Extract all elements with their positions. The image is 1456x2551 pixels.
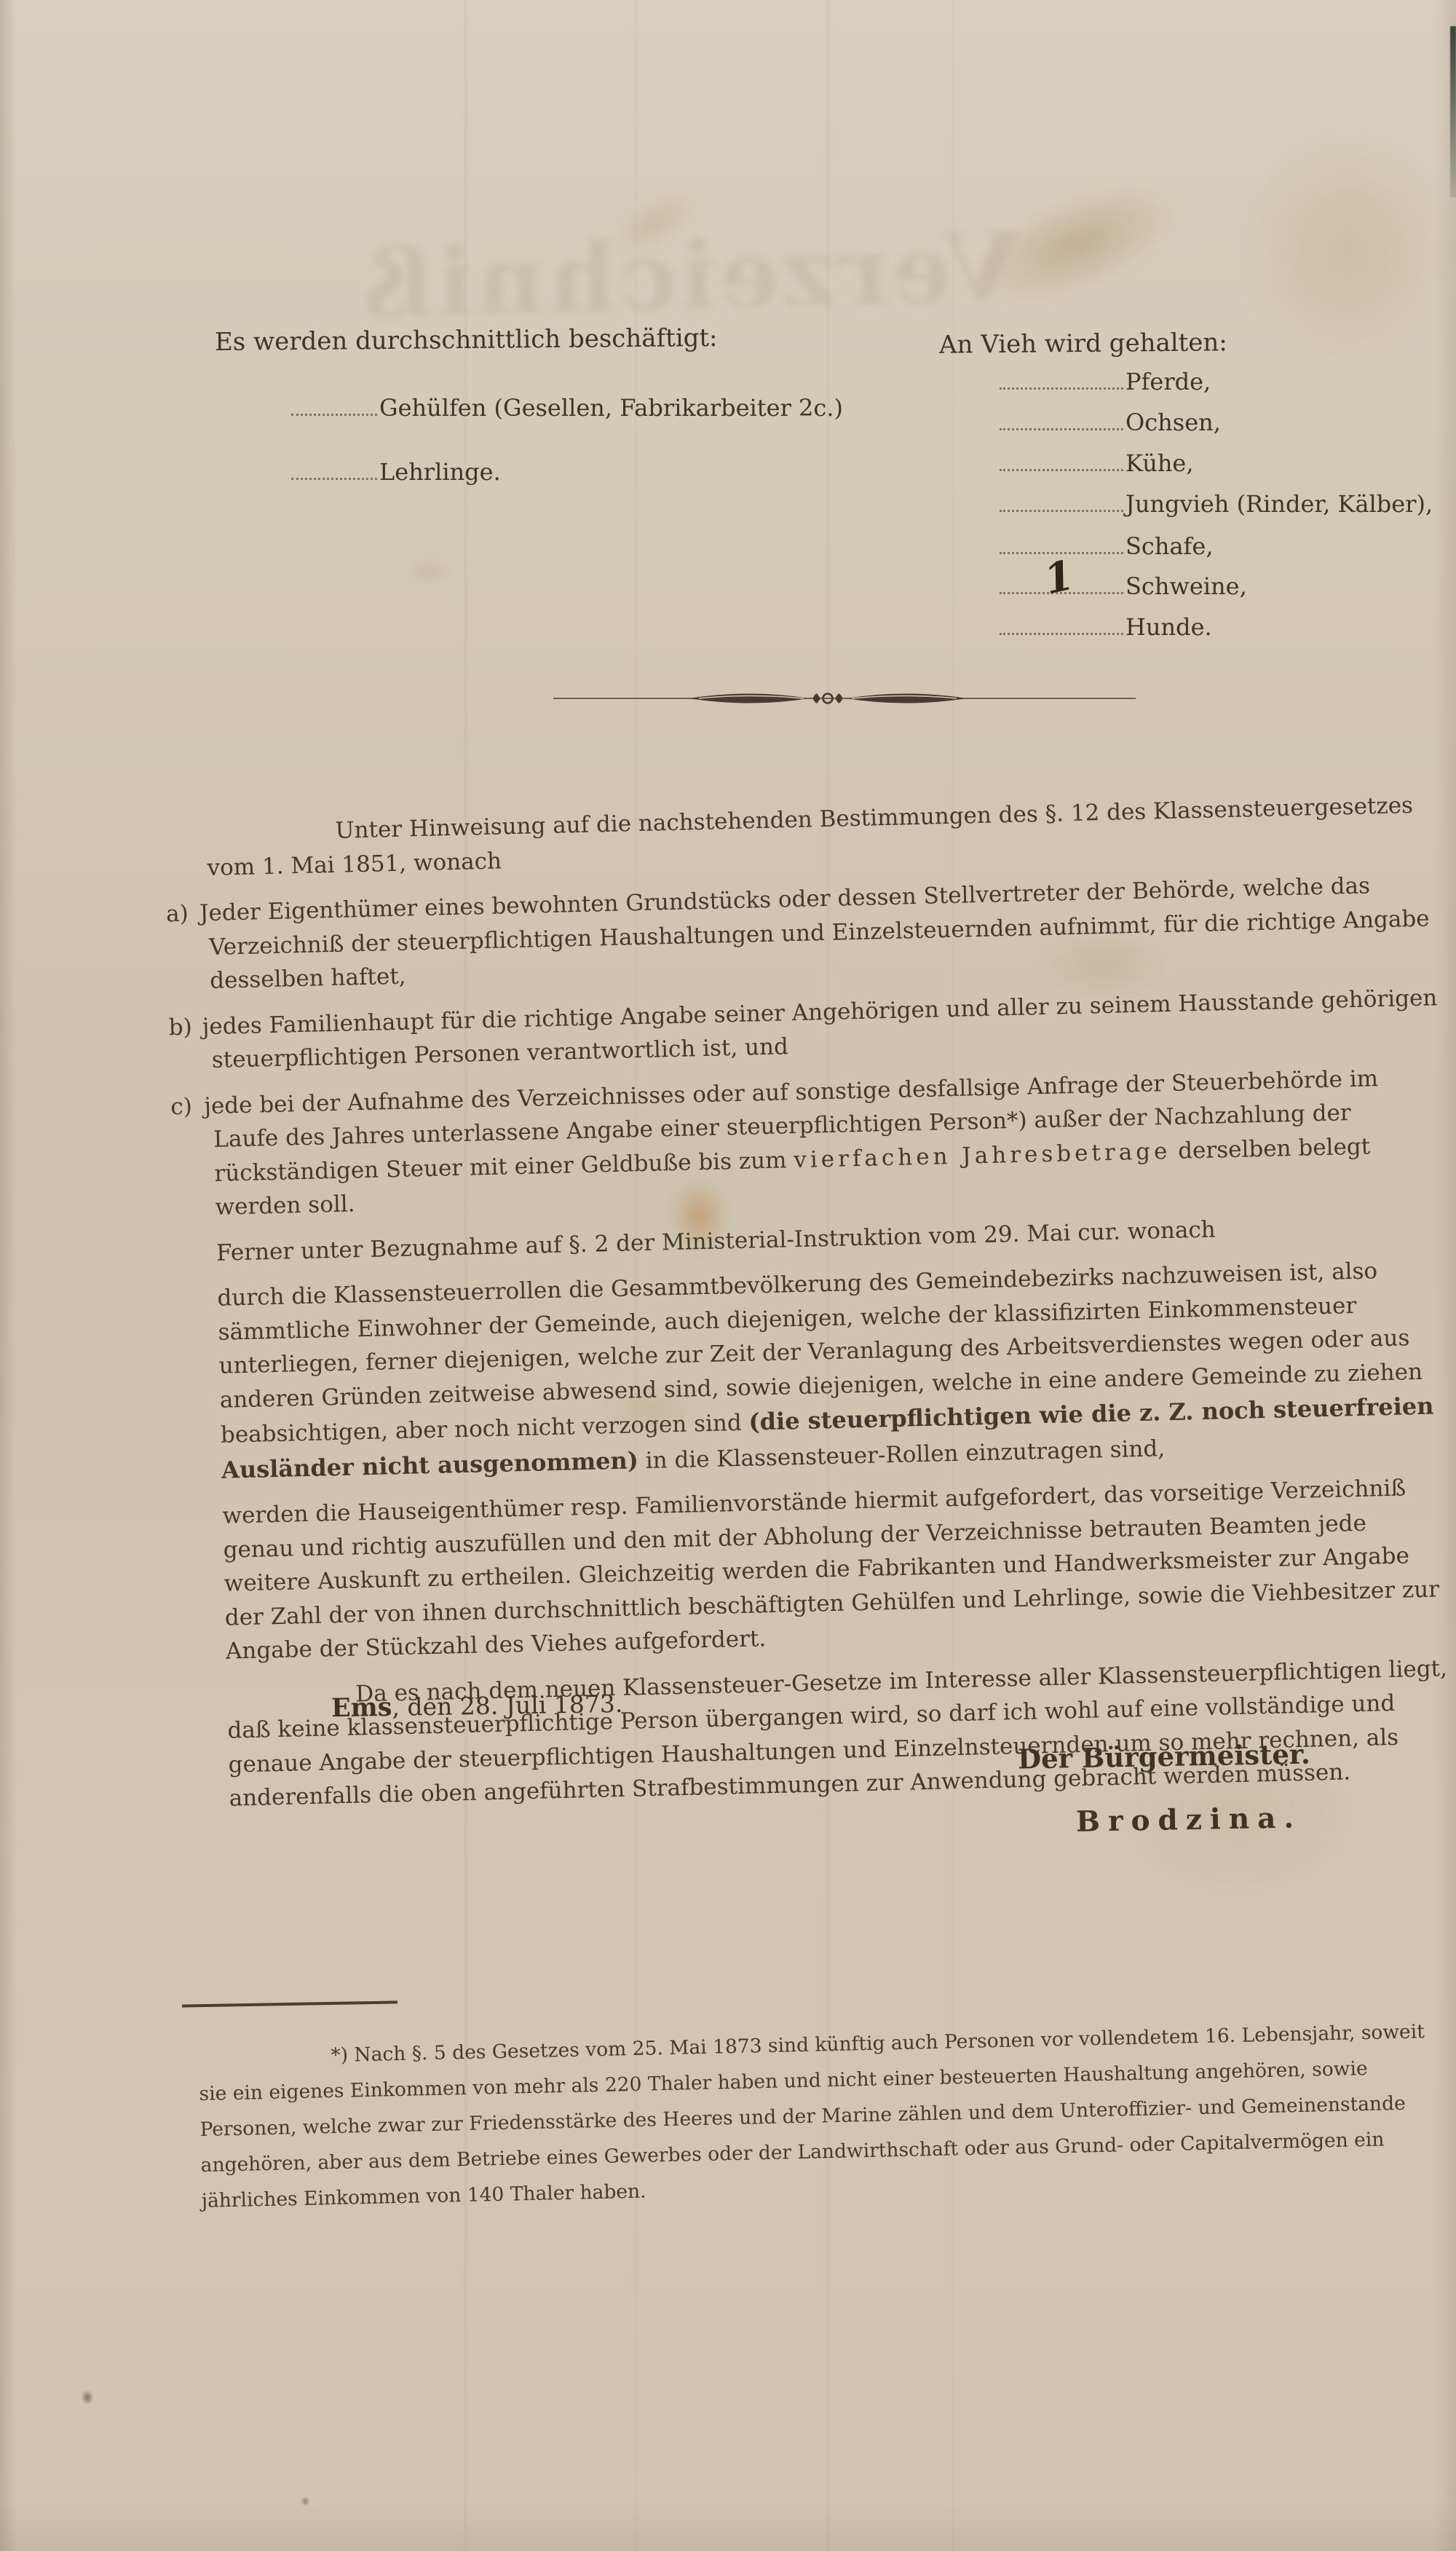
fill-label: Lehrlinge. — [379, 458, 501, 486]
fill-label: Jungvieh (Rinder, Kälber), — [1125, 490, 1433, 518]
fill-label: Pferde, — [1125, 368, 1211, 395]
scanned-document-page: Verzeichniß Es werden durchschnittlich b… — [0, 0, 1456, 2551]
employment-section-heading: Es werden durchschnittlich beschäftigt: — [215, 323, 718, 357]
livestock-row-ochsen: Ochsen, — [1000, 409, 1221, 436]
livestock-section-heading: An Vieh wird gehalten: — [939, 328, 1227, 359]
livestock-row-kuehe: Kühe, — [1000, 449, 1194, 477]
fill-label: Kühe, — [1125, 449, 1194, 477]
indented-text-end: in die Klassensteuer-Rollen einzutragen … — [638, 1435, 1165, 1474]
blank-fill-line — [1000, 368, 1123, 390]
blank-fill-line — [1000, 449, 1123, 471]
blank-fill-line — [1000, 613, 1123, 635]
fill-label: Schafe, — [1125, 532, 1213, 560]
livestock-row-pferde: Pferde, — [1000, 368, 1211, 395]
request-paragraph: werden die Hauseigenthümer resp. Familie… — [222, 1470, 1456, 1668]
livestock-row-hunde: Hunde. — [1000, 613, 1212, 641]
livestock-row-schafe: Schafe, — [1000, 532, 1213, 560]
blank-fill-line — [291, 458, 377, 480]
livestock-row-schweine: Schweine,1 — [1000, 572, 1247, 600]
employment-row-gehuelfen: Gehülfen (Gesellen, Fabrikarbeiter 2c.) — [291, 394, 843, 422]
blank-fill-line — [1000, 409, 1123, 430]
fill-label: Hunde. — [1125, 613, 1212, 641]
dateline-date: , den 28. Juli 1873. — [392, 1690, 622, 1722]
ornamental-divider — [553, 686, 1136, 711]
list-item-b: b)jedes Familienhaupt für die richtige A… — [210, 981, 1442, 1078]
intro-paragraph: Unter Hinweisung auf die nachstehenden B… — [206, 788, 1438, 885]
footnote: *) Nach §. 5 des Gesetzes vom 25. Mai 18… — [198, 2014, 1436, 2219]
paper-stain — [408, 561, 451, 583]
blank-fill-line — [1000, 490, 1123, 512]
bleedthrough-ghost-text: Verzeichniß — [464, 211, 1021, 337]
list-text-a: Jeder Eigenthümer eines bewohnten Grunds… — [199, 872, 1430, 994]
blank-fill-line — [291, 394, 377, 416]
list-text-c: jede bei der Aufnahme des Verzeichnisses… — [204, 1065, 1379, 1187]
footnote-marker: *) — [331, 2044, 348, 2067]
list-marker-b: b) — [168, 1010, 202, 1045]
dateline-place: Ems — [331, 1692, 392, 1723]
blank-fill-line — [1000, 532, 1123, 554]
fill-label: Gehülfen (Gesellen, Fabrikarbeiter 2c.) — [379, 394, 843, 422]
signature-name: Brodzina. — [1076, 1801, 1302, 1838]
list-text-b: jedes Familienhaupt für die richtige Ang… — [202, 985, 1437, 1073]
footnote-text: Nach §. 5 des Gesetzes vom 25. Mai 1873 … — [199, 2020, 1425, 2212]
closing-paragraph: Da es nach dem neuen Klassensteuer-Geset… — [226, 1651, 1456, 1815]
list-text-c-emphasis: vierfachen Jahresbetrage — [794, 1137, 1171, 1172]
fill-label: Schweine, — [1125, 572, 1247, 600]
list-marker-a: a) — [166, 896, 200, 931]
list-item-c: c)jede bei der Aufnahme des Verzeichniss… — [213, 1060, 1446, 1225]
fill-label: Ochsen, — [1125, 409, 1221, 436]
signature-title: Der Bürgermeister. — [1018, 1738, 1310, 1775]
paper-stain — [301, 2496, 309, 2506]
indented-paragraph: durch die Klassensteuerrollen die Gesamm… — [217, 1253, 1452, 1488]
photo-background-edge — [1450, 26, 1456, 197]
dateline: Ems, den 28. Juli 1873. — [331, 1689, 623, 1723]
footnote-separator-rule — [182, 2000, 397, 2007]
paper-stain — [1238, 131, 1456, 364]
list-item-a: a)Jeder Eigenthümer eines bewohnten Grun… — [208, 867, 1441, 998]
list-marker-c: c) — [170, 1089, 205, 1124]
livestock-row-jungvieh: Jungvieh (Rinder, Kälber), — [1000, 490, 1433, 518]
employment-row-lehrlinge: Lehrlinge. — [291, 458, 501, 486]
paper-stain — [82, 2390, 93, 2405]
instruction-body: Unter Hinweisung auf die nachstehenden B… — [206, 788, 1456, 1827]
